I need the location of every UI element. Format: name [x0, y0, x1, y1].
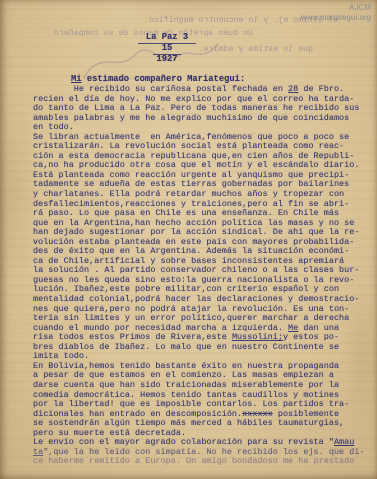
dateline-day: 15	[153, 44, 181, 55]
watermark-org: AJCM	[301, 3, 371, 13]
letter-page: AJCM www.mariategui.org el último ej. y …	[0, 0, 377, 479]
salutation-text: estimado compañero Mariategui:	[82, 74, 246, 84]
letter-line: amables palabras y me he alegrado muchís…	[33, 114, 377, 124]
bleedthrough-line: el último ej. y lo encuentro magnífico.	[75, 16, 338, 25]
salutation-underlined: Mi	[71, 74, 82, 84]
letter-line: ce haberme remitido a Europa. Un amigo b…	[33, 457, 377, 467]
salutation: Mi estimado compañero Mariategui:	[71, 74, 245, 84]
dateline-year: 1927	[138, 55, 196, 65]
dateline: La Paz 3 15 1927	[138, 33, 196, 64]
letter-body: He recibido su cariñosa postal fechada e…	[33, 85, 377, 467]
